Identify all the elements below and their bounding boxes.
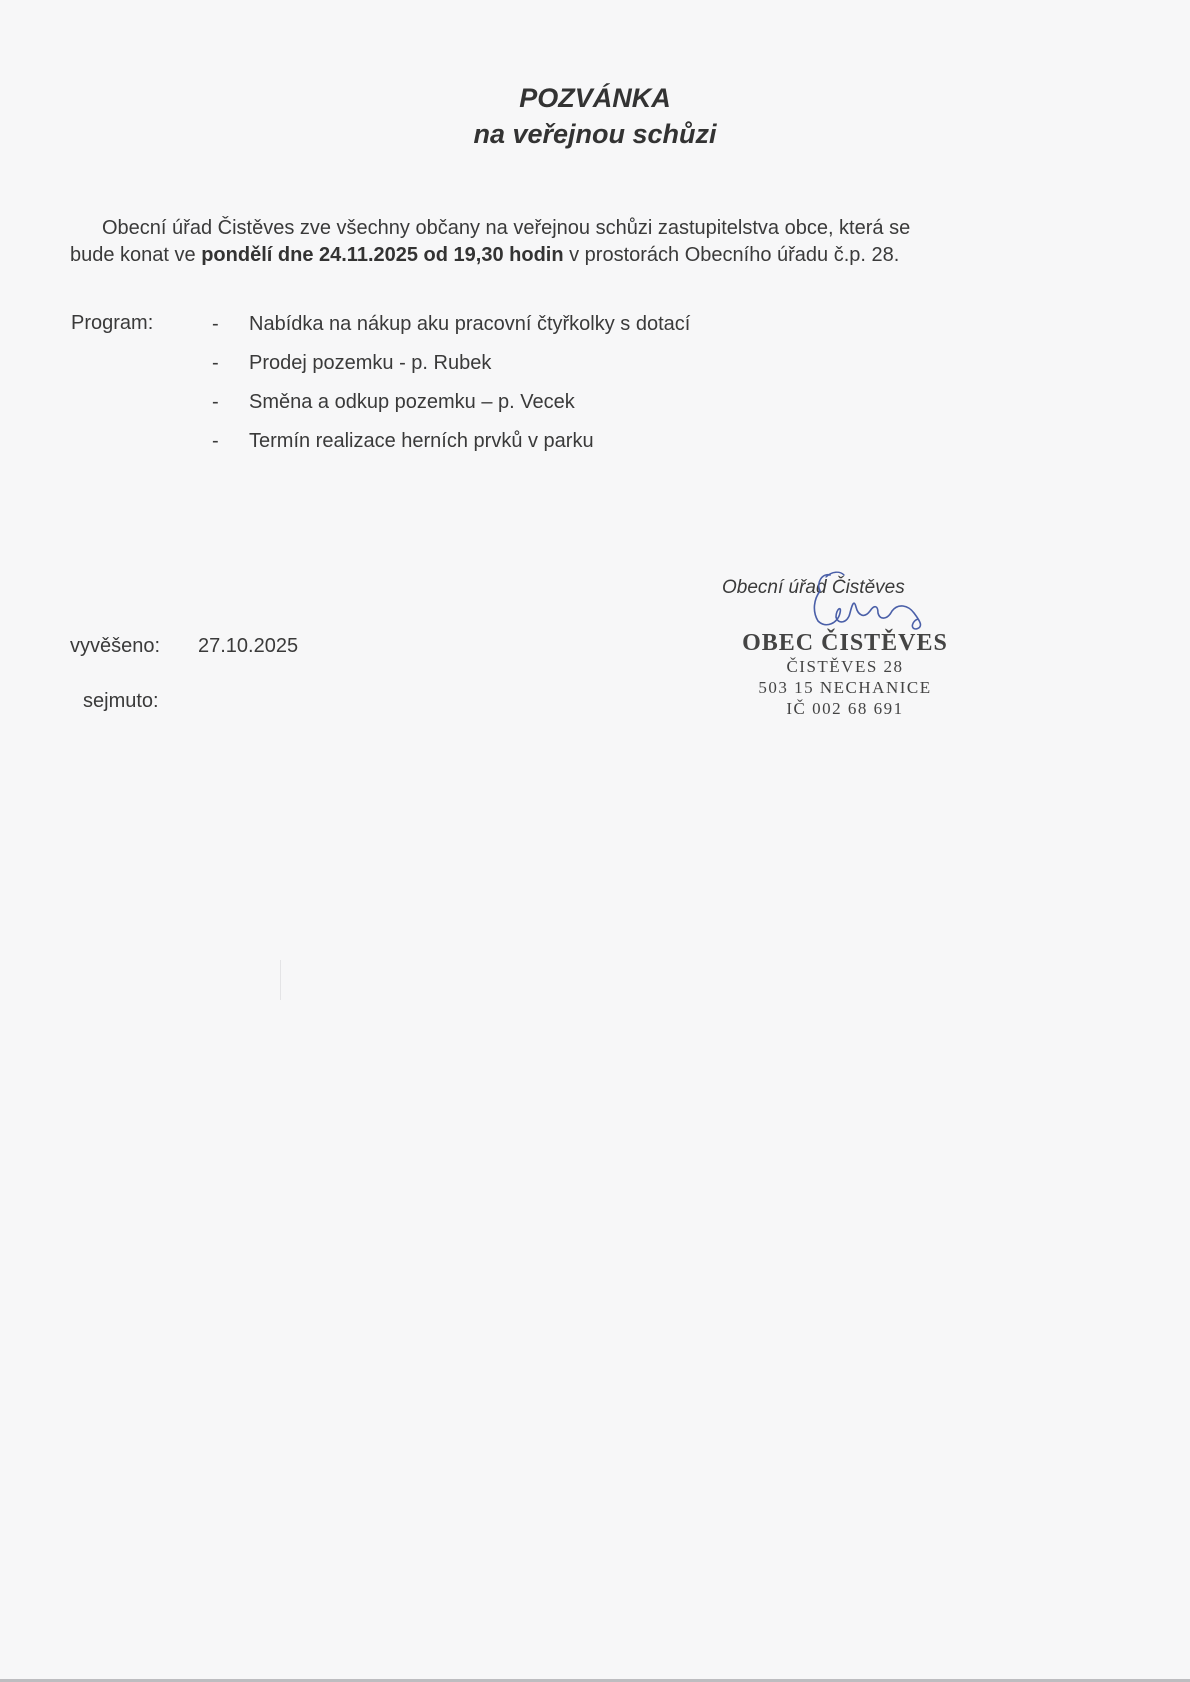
removed-row: sejmuto: (83, 690, 159, 713)
program-item-text: Směna a odkup pozemku – p. Vecek (249, 390, 575, 429)
program-item-text: Prodej pozemku - p. Rubek (249, 351, 491, 390)
program-item: - Nabídka na nákup aku pracovní čtyřkolk… (210, 312, 690, 351)
dash-bullet: - (210, 351, 249, 390)
stamp-line-4: IČ 002 68 691 (720, 698, 970, 719)
title-block: POZVÁNKA na veřejnou schůzi (0, 80, 1190, 152)
program-item: - Směna a odkup pozemku – p. Vecek (210, 390, 690, 429)
scan-artifact (280, 960, 281, 1000)
stamp-line-1: OBEC ČISTĚVES (720, 630, 970, 656)
program-list: - Nabídka na nákup aku pracovní čtyřkolk… (210, 312, 690, 468)
program-label: Program: (71, 312, 153, 335)
program-item-text: Nabídka na nákup aku pracovní čtyřkolky … (249, 312, 690, 351)
intro-line-2-suffix: v prostorách Obecního úřadu č.p. 28. (564, 244, 900, 266)
signature-block: Obecní úřad Čistěves (722, 577, 992, 599)
posted-date: 27.10.2025 (198, 635, 298, 657)
intro-line-2: bude konat ve pondělí dne 24.11.2025 od … (70, 242, 1080, 269)
intro-paragraph: Obecní úřad Čistěves zve všechny občany … (70, 215, 1080, 269)
removed-label: sejmuto: (83, 690, 159, 712)
program-item: - Prodej pozemku - p. Rubek (210, 351, 690, 390)
stamp-line-3: 503 15 NECHANICE (720, 677, 970, 698)
posted-row: vyvěšeno:27.10.2025 (70, 635, 298, 658)
dash-bullet: - (210, 390, 249, 429)
intro-line-1: Obecní úřad Čistěves zve všechny občany … (70, 215, 1080, 242)
intro-line-2-prefix: bude konat ve (70, 244, 201, 266)
meeting-date-time: pondělí dne 24.11.2025 od 19,30 hodin (201, 244, 563, 266)
document-page: POZVÁNKA na veřejnou schůzi Obecní úřad … (0, 0, 1190, 1682)
program-item-text: Termín realizace herních prvků v parku (249, 429, 594, 468)
official-stamp: OBEC ČISTĚVES ČISTĚVES 28 503 15 NECHANI… (720, 630, 970, 719)
handwritten-signature-icon (792, 569, 952, 639)
document-subtitle: na veřejnou schůzi (0, 116, 1190, 152)
dash-bullet: - (210, 312, 249, 351)
stamp-line-2: ČISTĚVES 28 (720, 656, 970, 677)
document-title: POZVÁNKA (0, 80, 1190, 116)
program-item: - Termín realizace herních prvků v parku (210, 429, 690, 468)
dash-bullet: - (210, 429, 249, 468)
posted-label: vyvěšeno: (70, 635, 198, 658)
